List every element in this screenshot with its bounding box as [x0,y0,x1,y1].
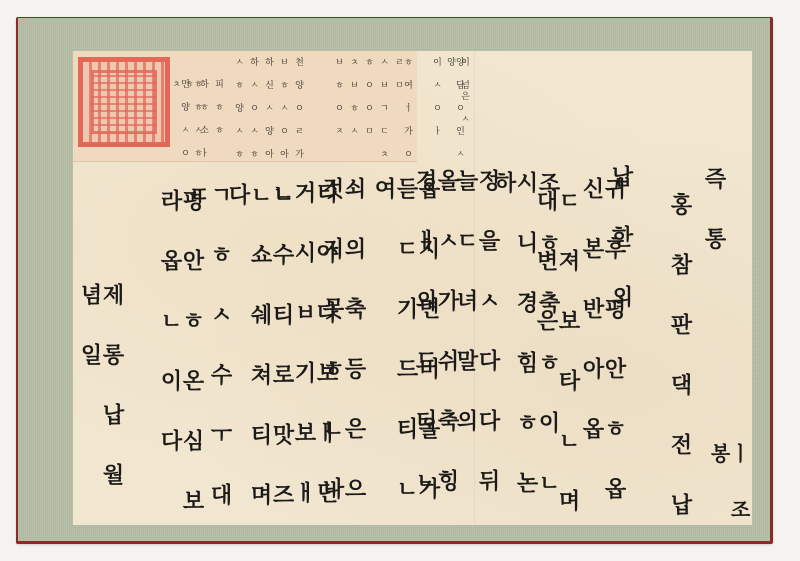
text-column: 평 안 ㅎ 온 심 보 라 옵 ㄴ 이 다 [159,189,203,525]
seal-pattern [91,70,157,134]
letter-paper: 이 넘은 ㅅ 양 답 ㅇ 인 ㅅ 양 이 ㅅ ㅇ ㅏ ㅎ 여 ㅓ 가 ㅇ ㄹ ㅁ… [73,51,752,525]
silk-mount-border: 이 넘은 ㅅ 양 답 ㅇ 인 ㅅ 양 이 ㅅ ㅇ ㅏ ㅎ 여 ㅓ 가 ㅇ ㄹ ㅁ… [18,18,770,541]
annotation-line: 이 ㅅ ㅇ ㅏ [431,57,440,137]
annotation-strip: 이 넘은 ㅅ 양 답 ㅇ 인 ㅅ 양 이 ㅅ ㅇ ㅏ ㅎ 여 ㅓ 가 ㅇ ㄹ ㅁ… [73,51,417,162]
annotation-line: 천 양 ㅇ ㄹ 가 [293,57,302,160]
annotation-line: ㅊ ㅂ ㅎ ㅅ [348,57,357,137]
text-column: 조 ㅎ 축 ㅎ 이 ㄴ 시 니 경 힘 ㅎ 논 하 [493,171,559,525]
annotation-line: ㅎ ㅇ ㅇ ㅁ [363,57,372,137]
annotation-line: 하 ㅅ ㅇ ㅅ ㅎ [248,57,257,160]
annotation-line: ㅅ ㅂ ㄱ ㄷ ㅊ [378,57,387,160]
annotation-line: ㅂ ㅎ ㅇ ㅈ [333,57,342,137]
text-column: 옵 지 면 비 올 가 듣 ㄷ 기 드 티 ㄴ 여 [373,177,439,525]
text-column: 즉 통 [703,167,725,255]
text-column: 홍 참 판 댁 전 납 [669,193,691,521]
text-column: ㄴ 수 티 로 맛 즈 ㄴ 쇼 쉐 쳐 티 며 다 [227,183,293,525]
annotation-line: ㅎ 여 ㅓ 가 ㅇ ㄹ ㅁ [393,57,411,161]
annotation-line: ㅅ ㅎ 양 ㅅ ㅎ [233,57,242,160]
annotation-line: ㅂ ㅎ ㅅ ㅇ 아 [278,57,287,160]
text-column: 귀 후 평 안 ㅎ 옵 신 본 반 아 옵 [581,177,625,525]
date-column: 제 롱 납 월 념 일 [79,283,123,525]
text-column: 정 을 ㅅ 다 다 뒤 늘 ㄷ 녀 말 의 [455,169,499,525]
signature: ㅣ 조 봉 [709,443,749,525]
red-seal-icon [78,57,170,147]
annotation-line: 하 신 ㅅ 양 아 [263,57,272,160]
document-viewer: 이 넘은 ㅅ 양 답 ㅇ 인 ㅅ 양 이 ㅅ ㅇ ㅏ ㅎ 여 ㅓ 가 ㅇ ㄹ ㅁ… [0,0,800,561]
annotation-line: 민 양 ㅅ ㅇ ㅊ [170,79,188,161]
annotation-line: 양 답 ㅇ 인 ㅅ 양 [445,57,463,161]
annotation-line: 피 ㅎ ㅎ [213,79,222,136]
